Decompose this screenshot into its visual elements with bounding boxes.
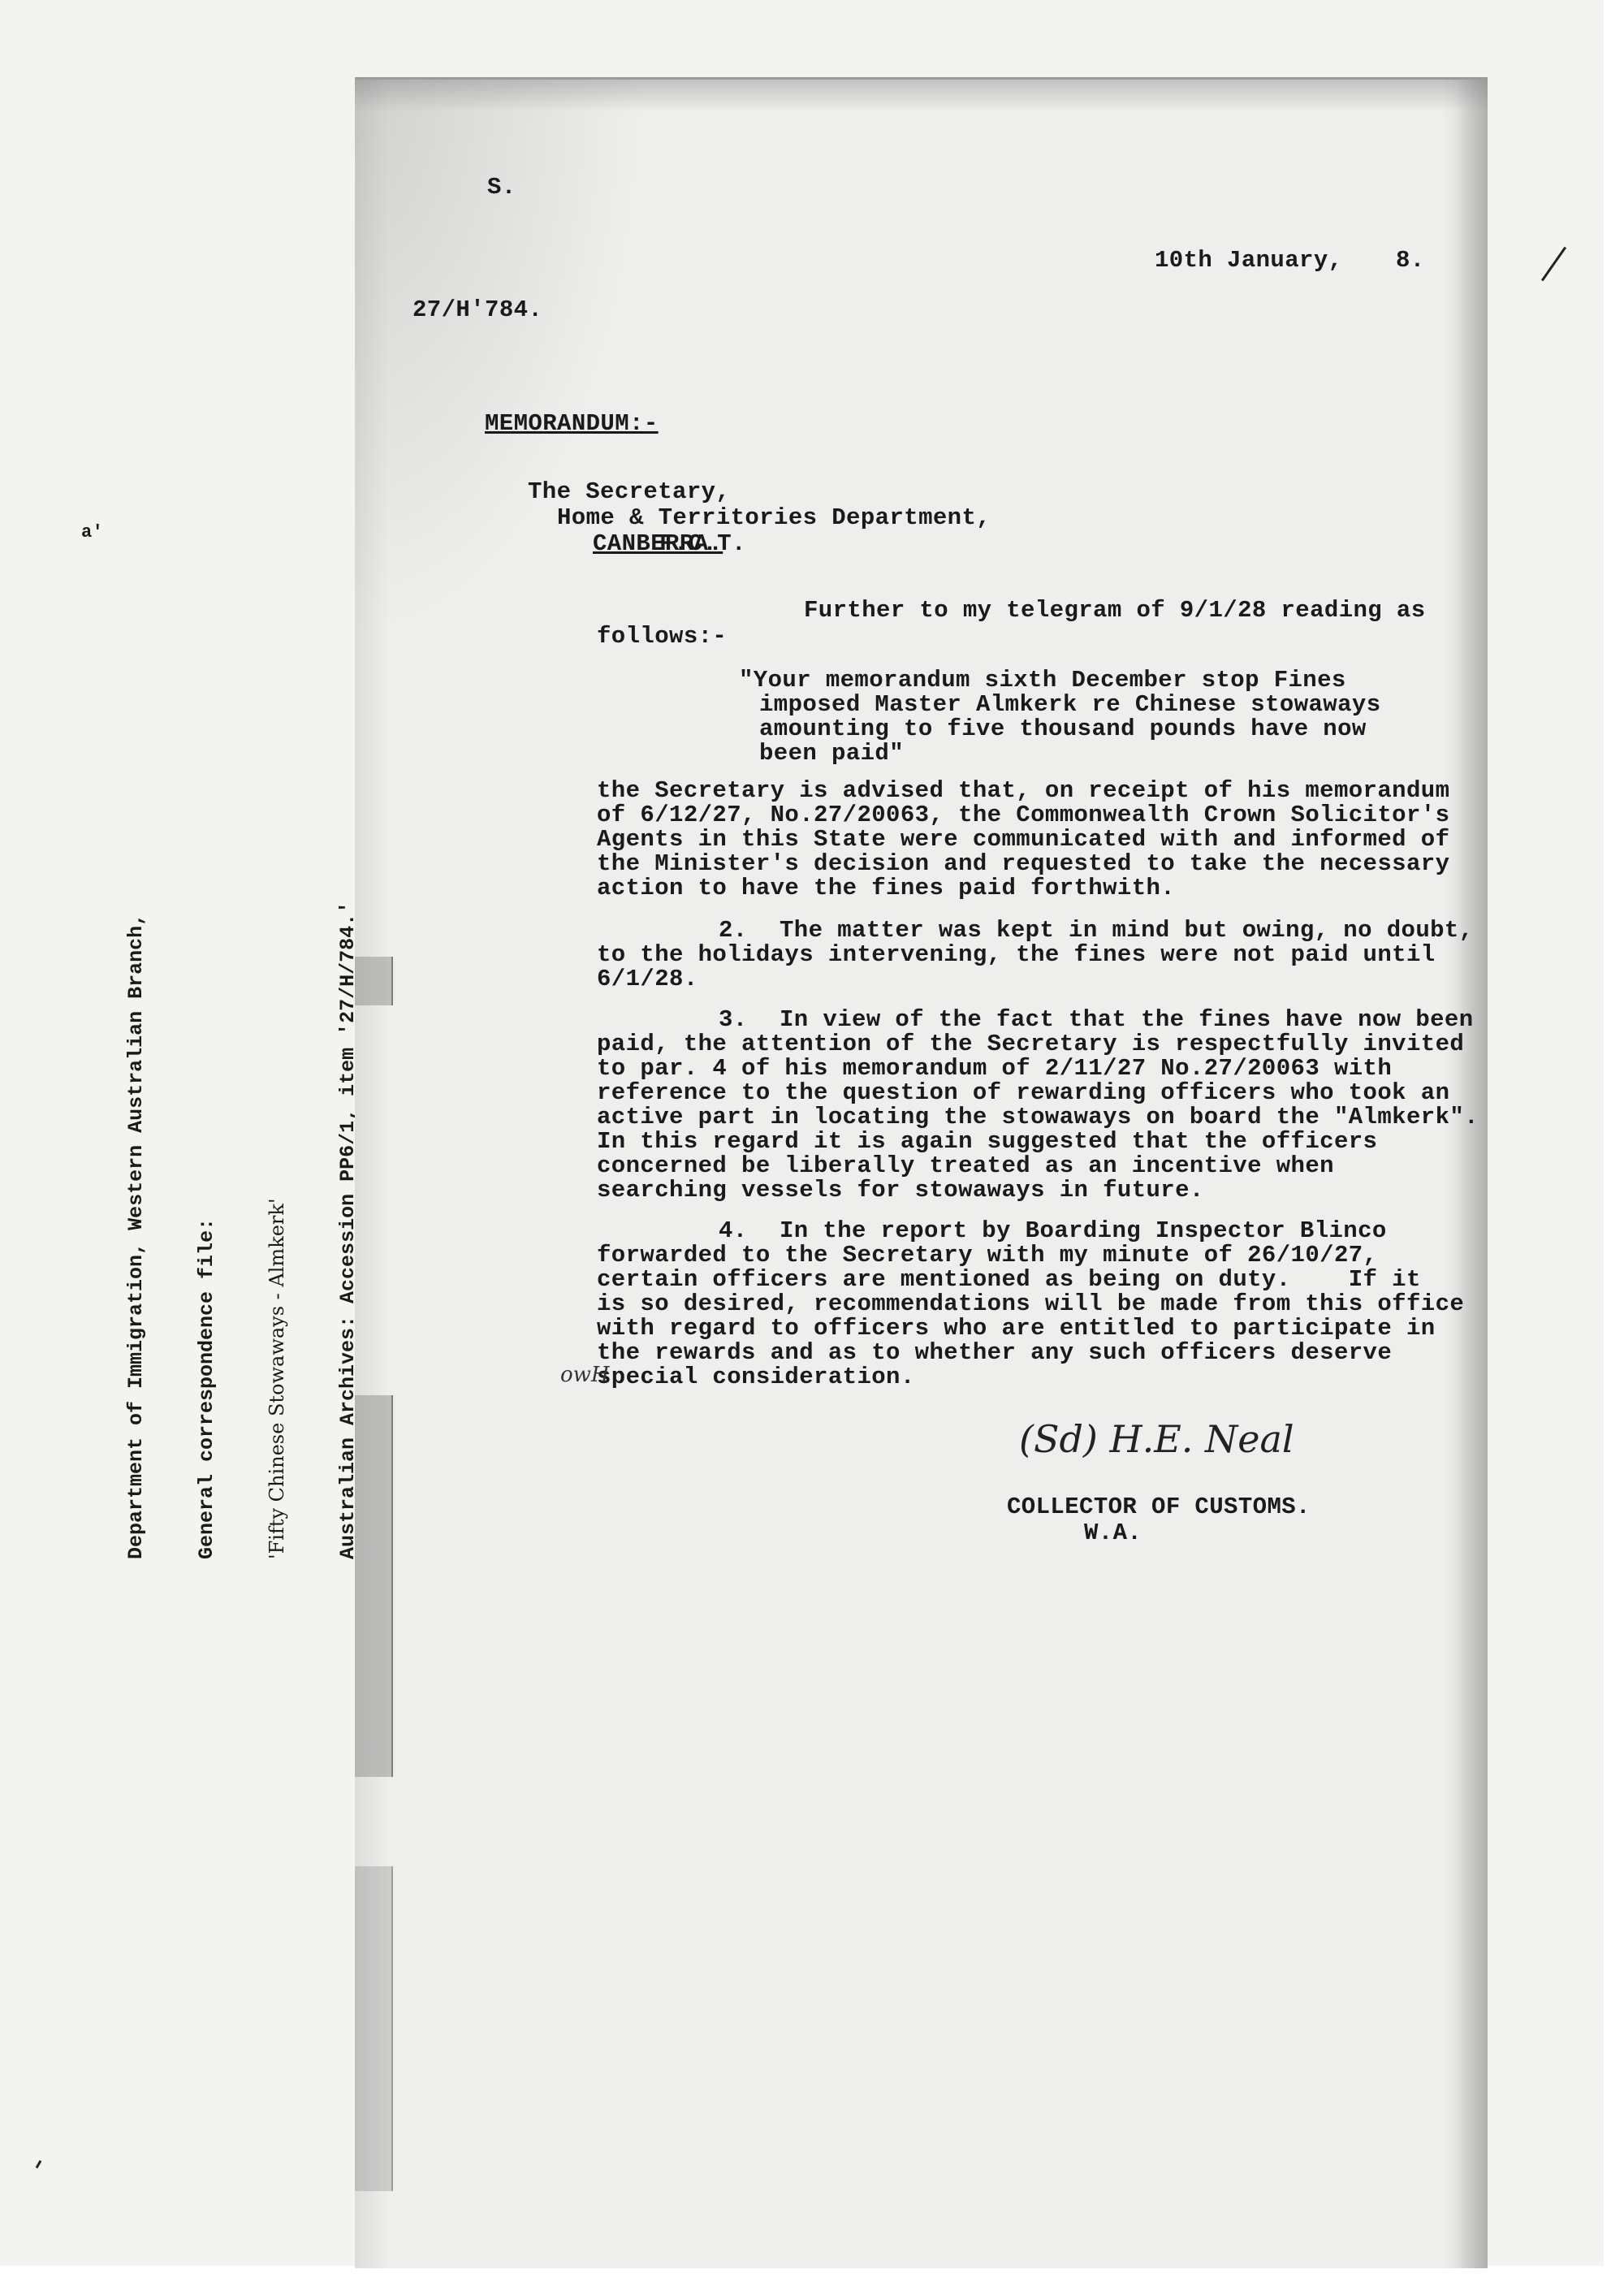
file-reference: 27/H'784.: [412, 297, 542, 322]
para1-line: action to have the fines paid forthwith.: [597, 875, 1175, 901]
page-mark: S.: [487, 175, 516, 200]
addressee-name: The Secretary,: [528, 479, 730, 504]
archive-line-file-type: General correspondence file:: [195, 901, 218, 1559]
para1-line: of 6/12/27, No.27/20063, the Commonwealt…: [597, 802, 1449, 828]
para1-line: the Minister's decision and requested to…: [597, 851, 1449, 876]
para4-line: forwarded to the Secretary with my minut…: [597, 1243, 1377, 1268]
torn-edge: [355, 957, 393, 1005]
memo-year-digit: 8.: [1396, 248, 1425, 273]
page-right-shadow: [1455, 80, 1488, 2268]
stray-pen-mark: [1541, 247, 1566, 282]
para4-line: the rewards and as to whether any such o…: [597, 1340, 1392, 1365]
para3-line: active part in locating the stowaways on…: [597, 1104, 1479, 1130]
para4-line: with regard to officers who are entitled…: [597, 1316, 1436, 1341]
memo-date: 10th January,: [1155, 248, 1342, 273]
margin-initials: owH: [560, 1363, 610, 1387]
telegram-line: been paid": [759, 741, 904, 766]
para2-line: to the holidays intervening, the fines w…: [597, 942, 1436, 967]
signatory-state: W.A.: [1084, 1520, 1142, 1545]
para2-line: The matter was kept in mind but owing, n…: [780, 918, 1474, 943]
para4-number: 4.: [719, 1218, 748, 1243]
telegram-line: "Your memorandum sixth December stop Fin…: [739, 668, 1346, 693]
stray-margin-mark: a': [81, 520, 103, 545]
intro-line-1: Further to my telegram of 9/1/28 reading…: [804, 598, 1426, 623]
handwritten-signature: (Sd) H.E. Neal: [1019, 1417, 1294, 1461]
para3-line: concerned be liberally treated as an inc…: [597, 1153, 1334, 1178]
addressee-territory: F.C.T.: [659, 531, 746, 556]
archive-line-department: Department of Immigration, Western Austr…: [124, 901, 148, 1559]
para1-line: Agents in this State were communicated w…: [597, 827, 1449, 852]
para2-number: 2.: [719, 918, 748, 943]
para3-line: paid, the attention of the Secretary is …: [597, 1031, 1464, 1057]
signatory-title: COLLECTOR OF CUSTOMS.: [1007, 1494, 1311, 1519]
para4-line: certain officers are mentioned as being …: [597, 1267, 1421, 1292]
torn-edge: [355, 1866, 393, 2191]
para2-line: 6/1/28.: [597, 966, 698, 992]
stray-pen-mark: [36, 2160, 42, 2168]
para4-line: special consideration.: [597, 1364, 915, 1390]
para3-line: to par. 4 of his memorandum of 2/11/27 N…: [597, 1056, 1392, 1081]
para4-line: is so desired, recommendations will be m…: [597, 1291, 1464, 1316]
para3-line: searching vessels for stowaways in futur…: [597, 1178, 1204, 1203]
para3-line: In this regard it is again suggested tha…: [597, 1129, 1377, 1154]
para3-line: In view of the fact that the fines have …: [780, 1007, 1474, 1032]
para4-line: In the report by Boarding Inspector Blin…: [780, 1218, 1387, 1243]
addressee-department: Home & Territories Department,: [557, 505, 991, 530]
para3-number: 3.: [719, 1007, 748, 1032]
memo-heading: MEMORANDUM:-: [485, 411, 659, 436]
page-top-shadow: [355, 80, 1488, 112]
archive-line-file-title: 'Fifty Chinese Stowaways - Almkerk': [266, 901, 289, 1559]
torn-edge: [355, 1395, 393, 1777]
archive-citation-label: Department of Immigration, Western Austr…: [77, 901, 383, 1559]
outer-margin-right: [1604, 0, 1624, 2278]
telegram-line: amounting to five thousand pounds have n…: [759, 716, 1367, 741]
para1-line: the Secretary is advised that, on receip…: [597, 778, 1449, 803]
intro-line-2: follows:-: [597, 624, 727, 649]
para3-line: reference to the question of rewarding o…: [597, 1080, 1449, 1105]
telegram-line: imposed Master Almkerk re Chinese stowaw…: [759, 692, 1381, 717]
